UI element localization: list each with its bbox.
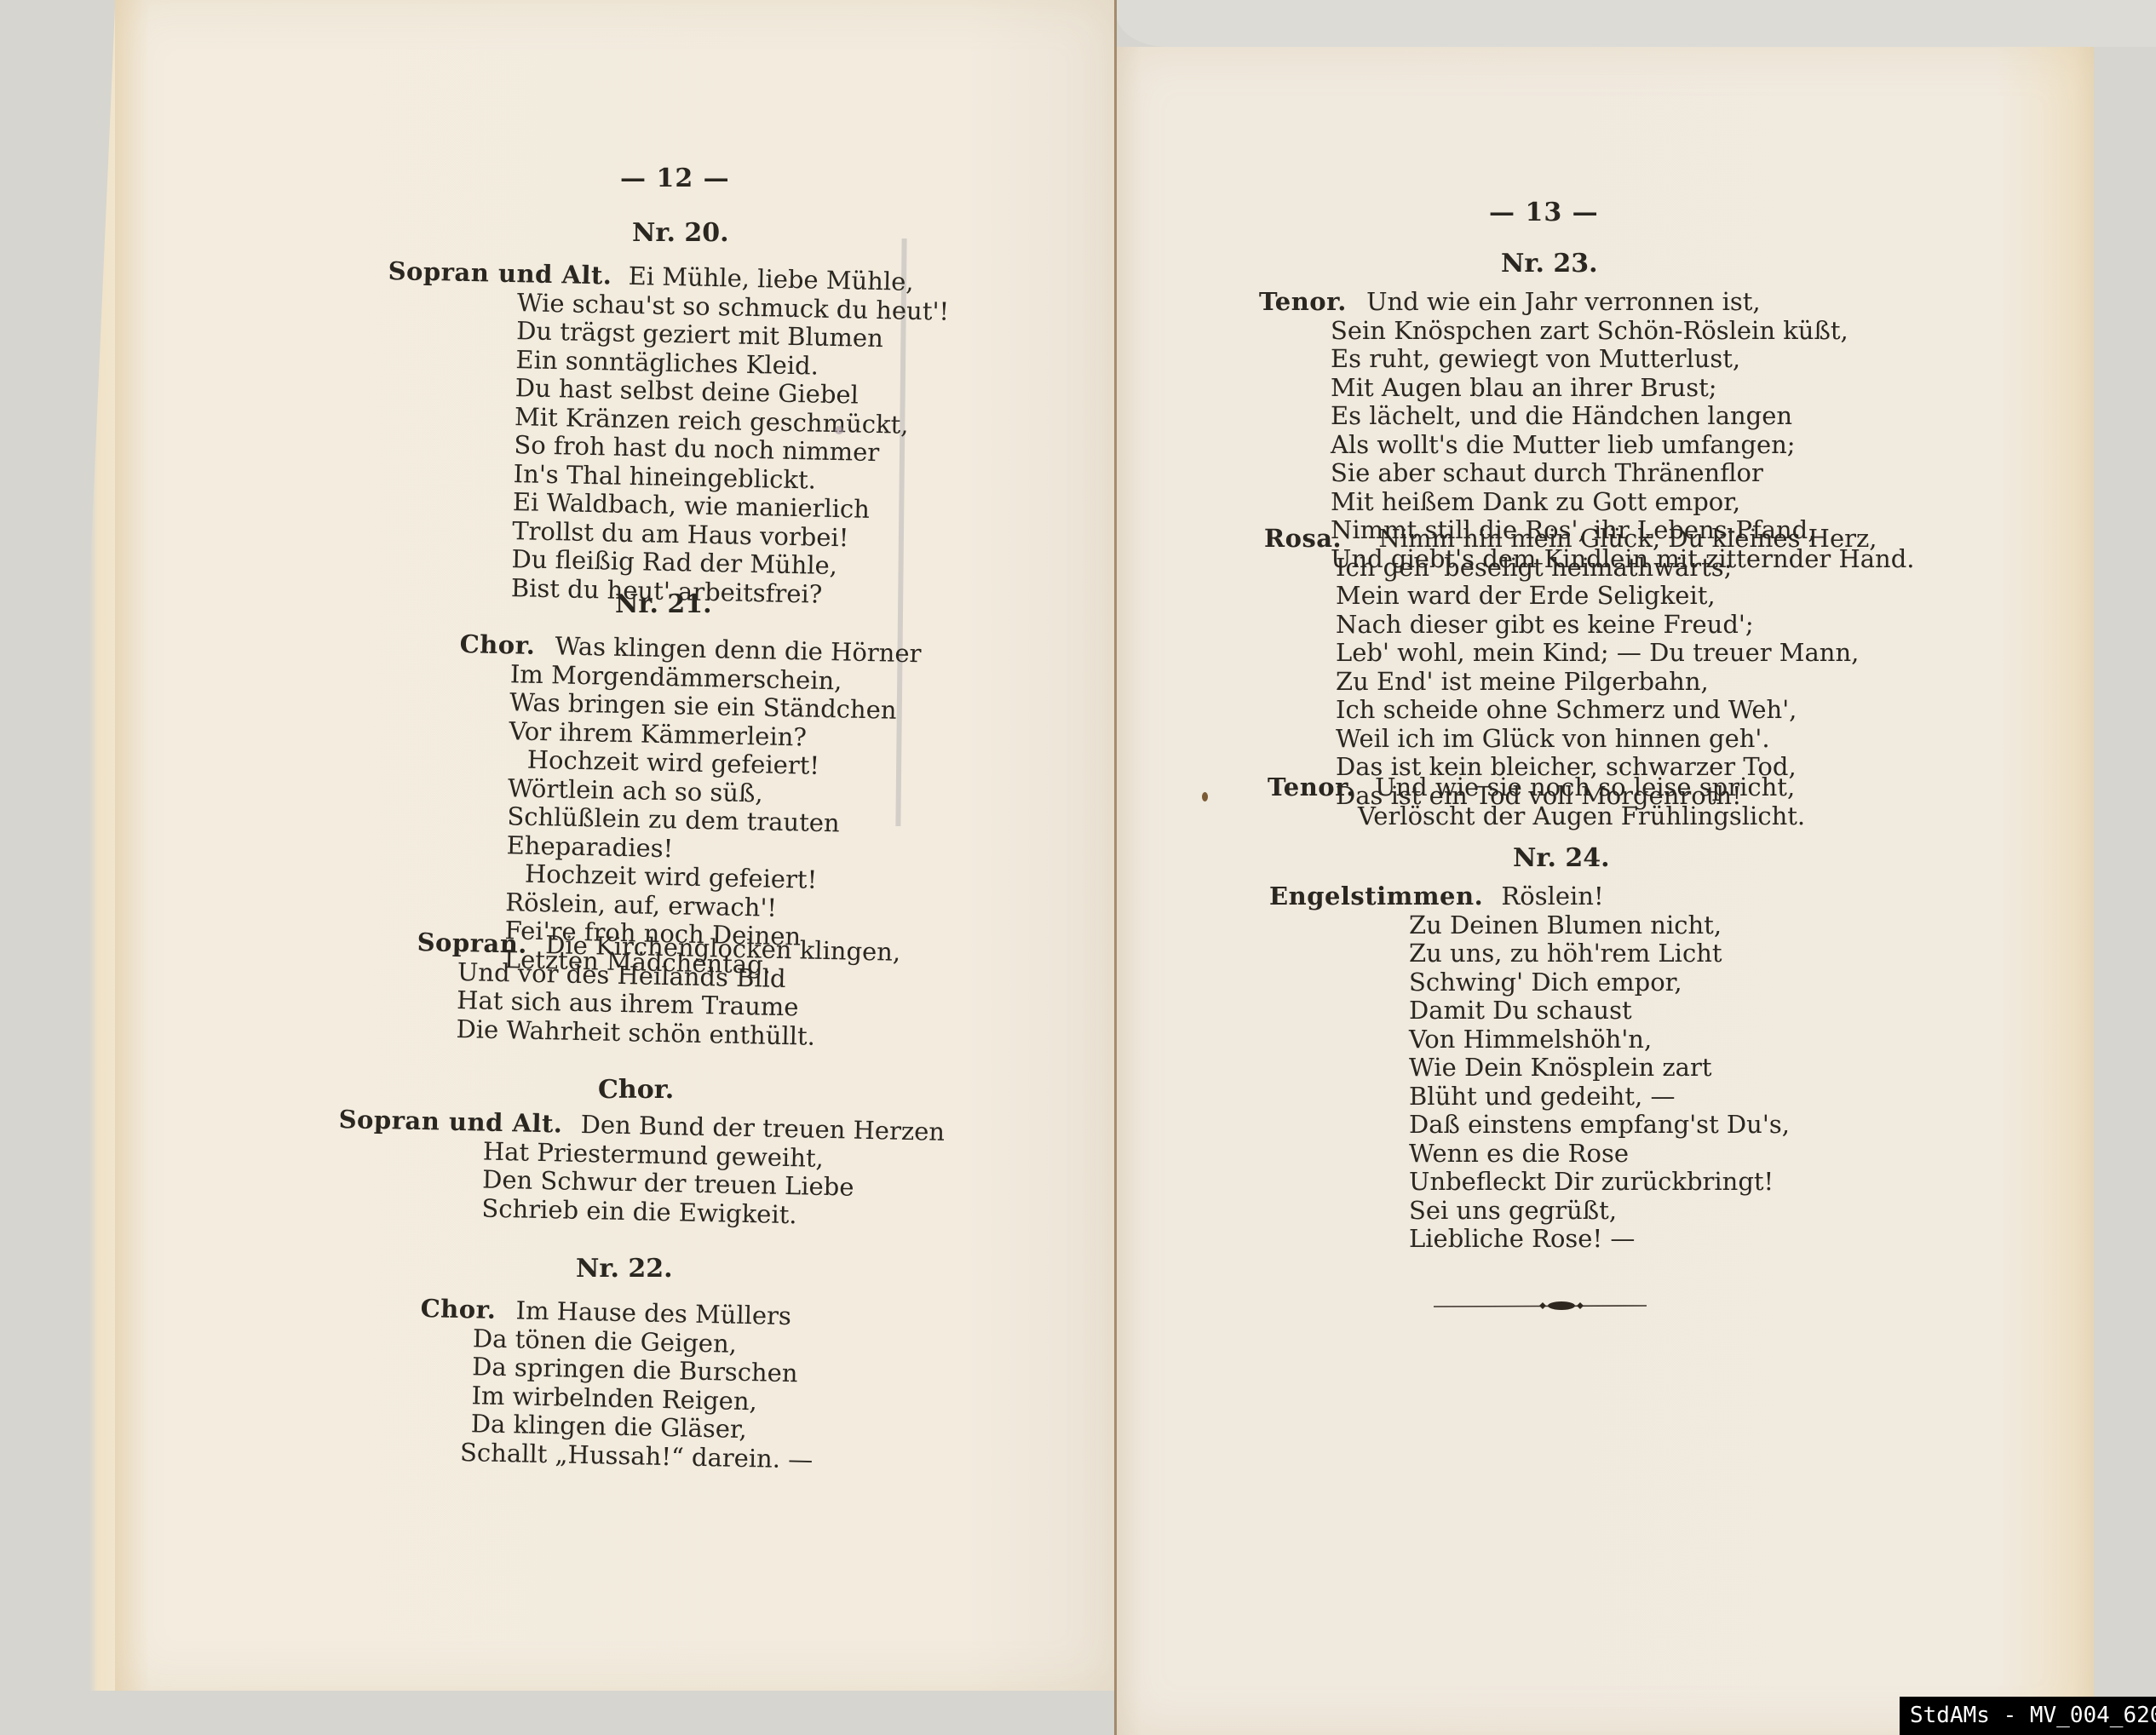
verse-line: Daß einstens empfang'st Du's, [1409,1111,1790,1140]
section-number-24: Nr. 24. [1513,843,1610,873]
verse-line: Verlöscht der Augen Frühlingslicht. [1358,802,1805,831]
paper-stain [835,426,843,434]
verse-line: Nach dieser gibt es keine Freud'; [1336,611,1877,640]
section-22-text: Chor. Im Hause des Müllers Da tönen die … [417,1295,816,1474]
verse-line: Als wollt's die Mutter lieb umfangen; [1331,431,1914,460]
verse-line: Weil ich im Glück von hinnen geh'. [1336,725,1877,754]
section-number-22: Nr. 22. [576,1254,673,1284]
ornamental-divider-icon [1434,1300,1647,1312]
verse-line: Liebliche Rose! — [1409,1225,1790,1254]
role-label: Engelstimmen. [1269,882,1483,911]
section-23-tenor-2: Tenor. Und wie sie noch so leise spricht… [1268,773,1805,830]
background-sheet [1116,0,2156,47]
verse-line: Nimm hin mein Glück, Du kleines Herz, [1378,524,1877,553]
verse-line: Mit heißem Dank zu Gott empor, [1331,488,1914,517]
verse-line: Von Himmelshöh'n, [1409,1025,1790,1054]
verse-line: Es ruht, gewiegt von Mutterlust, [1331,345,1914,374]
verse-line: Wie Dein Knösplein zart [1409,1054,1790,1083]
verse-line: Sein Knöspchen zart Schön-Röslein küßt, [1331,317,1914,346]
section-number-23: Nr. 23. [1501,249,1598,279]
section-23-rosa: Rosa. Nimm hin mein Glück, Du kleines He… [1264,525,1877,810]
role-label: Chor. [420,1294,496,1324]
verse-line: Sei uns gegrüßt, [1409,1197,1790,1226]
section-number-20: Nr. 20. [632,218,729,248]
role-label: Sopran. [417,928,527,959]
book-spine [1114,0,1117,1735]
verse-line: Und wie ein Jahr verronnen ist, [1366,287,1761,316]
section-number-21: Nr. 21. [615,589,712,619]
verse-line: Blüht und gedeiht, — [1409,1083,1790,1112]
page-number-12: — 12 — [620,164,730,193]
role-label: Sopran und Alt. [388,256,612,290]
verse-line: Damit Du schaust [1409,997,1790,1025]
verse-line: Röslein! [1501,882,1603,911]
verse-line: Zu Deinen Blumen nicht, [1409,911,1790,940]
left-page-fore-edge [41,0,122,1691]
section-21-sopran: Sopran. Die Kirchenglocken klingen, Und … [415,928,900,1053]
verse-line: Zu End' ist meine Pilgerbahn, [1336,668,1877,697]
paper-stain [1202,792,1208,801]
verse-line: Unbefleckt Dir zurückbringt! [1409,1168,1790,1197]
verse-line: Ich scheide ohne Schmerz und Weh', [1336,696,1877,725]
chor-heading: Chor. [598,1075,674,1105]
verse-line: Mein ward der Erde Seligkeit, [1336,582,1877,611]
archive-id-label: StdAMs - MV_004_620 [1900,1697,2156,1735]
section-20-text: Sopran und Alt. Ei Mühle, liebe Mühle, W… [382,257,951,612]
role-label: Sopran und Alt. [338,1105,563,1138]
verse-line: Ich geh' beseligt heimathwärts; [1336,554,1877,583]
verse-line: Sie aber schaut durch Thränenflor [1331,459,1914,488]
verse-line: Zu uns, zu höh'rem Licht [1409,939,1790,968]
verse-line: Wenn es die Rose [1409,1140,1790,1169]
verse-line: Mit Augen blau an ihrer Brust; [1331,374,1914,403]
verse-line: Es lächelt, und die Händchen langen [1331,402,1914,431]
role-label: Tenor. [1259,287,1347,316]
verse-line: Und wie sie noch so leise spricht, [1375,773,1795,801]
role-label: Tenor. [1268,773,1355,801]
role-label: Rosa. [1264,524,1342,553]
section-24-engelstimmen: Engelstimmen. Röslein! Zu Deinen Blumen … [1269,882,1790,1254]
verse-line: Leb' wohl, mein Kind; — Du treuer Mann, [1336,639,1877,668]
verse-line: Schwing' Dich empor, [1409,968,1790,997]
section-21-sopran-alt: Sopran und Alt. Den Bund der treuen Herz… [336,1106,945,1232]
role-label: Chor. [459,629,535,660]
page-number-13: — 13 — [1489,198,1599,227]
